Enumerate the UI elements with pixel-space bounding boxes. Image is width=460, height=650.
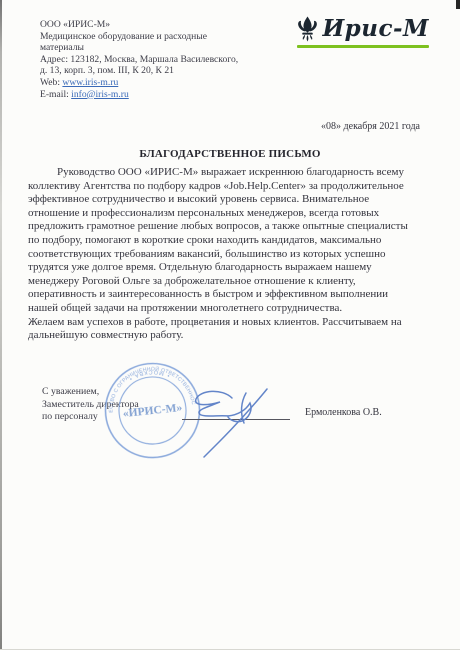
email-label: E-mail: xyxy=(40,89,71,100)
web-label: Web: xyxy=(40,77,62,88)
scan-corner-mark xyxy=(456,0,460,9)
company-email-line: E-mail: info@iris-m.ru xyxy=(40,89,292,101)
letter-page: ООО «ИРИС-М» Медицинское оборудование и … xyxy=(0,0,460,650)
logo-underline xyxy=(297,45,429,48)
signatory-name: Ермоленкова О.В. xyxy=(305,407,382,418)
company-address: Адрес: 123182, Москва, Маршала Василевск… xyxy=(40,54,292,77)
body-paragraph-1: Руководство ООО «ИРИС-М» выражает искрен… xyxy=(28,166,444,316)
scan-edge-top xyxy=(0,0,460,2)
scan-edge-left xyxy=(0,0,2,650)
body-paragraph-2: Желаем вам успехов в работе, процветания… xyxy=(28,316,444,343)
company-name: ООО «ИРИС-М» xyxy=(40,19,292,31)
email-link[interactable]: info@iris-m.ru xyxy=(71,89,129,100)
handwritten-signature xyxy=(166,386,292,462)
letter-body: Руководство ООО «ИРИС-М» выражает искрен… xyxy=(28,166,444,343)
letter-title: БЛАГОДАРСТВЕННОЕ ПИСЬМО xyxy=(0,148,460,160)
company-logo: Ирис-М xyxy=(297,15,429,48)
website-link[interactable]: www.iris-m.ru xyxy=(62,77,118,88)
company-web-line: Web: www.iris-m.ru xyxy=(40,77,292,89)
fleur-de-lis-icon xyxy=(297,16,318,42)
letter-date: «08» декабря 2021 года xyxy=(321,121,420,132)
company-description: Медицинское оборудование и расходные мат… xyxy=(40,31,292,54)
logo-text: Ирис-М xyxy=(322,15,429,42)
company-info-block: ООО «ИРИС-М» Медицинское оборудование и … xyxy=(40,19,292,100)
